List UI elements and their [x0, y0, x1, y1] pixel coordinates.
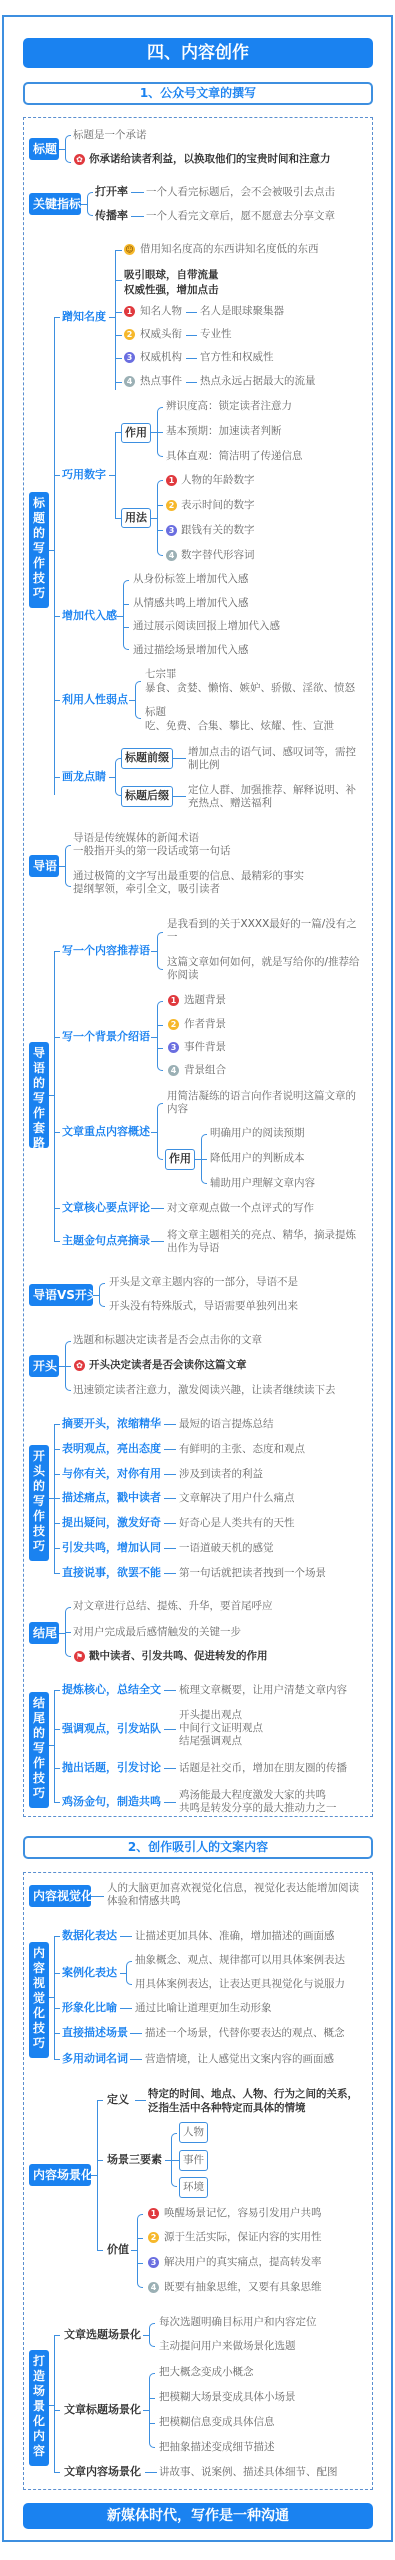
beijing-item-4: 背景组合 — [184, 1064, 226, 1077]
jiewei-skill-key-2: 强调观点，引发站队 — [62, 1722, 161, 1736]
tag-guanjian: 关键指标 — [29, 193, 81, 215]
tag-daoyu: 导语 — [29, 855, 59, 877]
scene-yaosu-1: 人物 — [179, 2122, 208, 2143]
kaitou-skill-desc-6: 一语道破天机的感觉 — [179, 1542, 274, 1555]
branch-gaishu: 文章重点内容概述 — [62, 1125, 150, 1139]
dairu-item-4: 通过描绘场景增加代入感 — [133, 644, 249, 657]
tag-vs: 导语VS开头 — [29, 1284, 93, 1306]
biaoti-item-1: 标题是一个承诺 — [73, 129, 147, 142]
branch-dianjing: 画龙点睛 — [62, 770, 106, 784]
jiewei-skill-desc-2: 开头提出观点 中间行文证明观点 结尾强调观点 — [179, 1709, 359, 1748]
build-xuanti-item-1: 每次选题明确目标用户和内容定位 — [159, 2316, 317, 2329]
visual-dongci-key: 多用动词名词 — [62, 2052, 128, 2066]
flag-icon: ⚑ — [74, 1651, 85, 1662]
number-3-icon: 3 — [124, 352, 135, 363]
beijing-item-1: 选题背景 — [184, 994, 226, 1007]
jiewei-skill-desc-3: 话题是社交币，增加在朋友圈的传播 — [179, 1762, 347, 1775]
visual-text: 人的大脑更加喜欢视觉化信息，视觉化表达能增加阅读体验和情感共鸣 — [107, 1882, 363, 1908]
pinglun-text: 对文章观点做一个点评式的写作 — [167, 1202, 314, 1215]
kaitou-skill-key-6: 引发共鸣，增加认同 — [62, 1541, 161, 1555]
visual-changjing-desc: 描述一个场景，代替你要表达的观点、概念 — [145, 2027, 345, 2040]
laugh-emoji-icon: ☺ — [124, 244, 135, 255]
yongfa-item-4: 数字替代形容词 — [181, 549, 255, 562]
visual-anli-key: 案例化表达 — [62, 1966, 117, 1980]
number-4-icon: 4 — [124, 376, 135, 387]
visual-anli-item-2: 用具体案例表达，让表达更具视觉化与说服力 — [135, 1978, 345, 1991]
guanjian-desc-2: 一个人看完文章后，愿不愿意去分享文章 — [146, 210, 335, 223]
tag-biaoti: 标题 — [29, 138, 59, 160]
star-icon: ✿ — [74, 1360, 85, 1371]
vs-item-1: 开头是文章主题内容的一部分，导语不是 — [109, 1276, 298, 1289]
node-gaishu-zuoyong: 作用 — [165, 1149, 195, 1170]
tag-visual: 内容视觉化 — [29, 1885, 91, 1907]
number-1-icon: 1 — [124, 306, 135, 317]
jiewei-item-3: 戳中读者、引发共鸣、促进转发的作用 — [89, 1650, 268, 1663]
scene-dingyi-text: 特定的时间、地点、人物、行为之间的关系，泛指生活中各种特定而具体的情境 — [148, 2087, 358, 2115]
zhiming-intro: 借用知名度高的东西讲知名度低的东西 — [140, 243, 319, 256]
visual-shuju-desc: 让描述更加具体、准确，增加描述的画面感 — [135, 1930, 335, 1943]
suffix-text: 定位人群、加强推荐、解释说明、补充热点、赠送福利 — [188, 784, 358, 810]
visual-biyu-key: 形象化比喻 — [62, 2001, 117, 2015]
zhiming-key-4: 热点事件 — [140, 375, 182, 388]
footer-banner: 新媒体时代，写作是一种沟通 — [23, 2503, 373, 2529]
vs-item-2: 开头没有特殊版式，导语需要单独列出来 — [109, 1300, 298, 1313]
dairu-item-2: 从情感共鸣上增加代入感 — [133, 597, 249, 610]
jiazhi-item-2: 源于生活实际，保证内容的实用性 — [164, 2231, 322, 2244]
kaitou-item-3: 迅速锁定读者注意力，激发阅读兴趣，让读者继续读下去 — [73, 1384, 336, 1397]
number-3-icon: 3 — [148, 2257, 159, 2268]
number-4-icon: 4 — [166, 550, 177, 561]
branch-dairu: 增加代入感 — [62, 609, 117, 623]
visual-dongci-desc: 营造情境，让人感觉出文案内容的画面感 — [145, 2053, 334, 2066]
number-3-icon: 3 — [166, 525, 177, 536]
tag-scene: 内容场景化 — [29, 2164, 91, 2186]
branch-tuijian: 写一个内容推荐语 — [62, 944, 150, 958]
build-neirong-label: 文章内容场景化 — [64, 2465, 141, 2479]
yongfa-item-3: 跟钱有关的数字 — [181, 524, 255, 537]
guanjian-desc-1: 一个人看完标题后，会不会被吸引去点击 — [146, 186, 335, 199]
zhiming-key-1: 知名人物 — [140, 305, 182, 318]
tag-build: 打造场景化内容 — [29, 2350, 49, 2466]
build-xuanti-item-2: 主动提问用户来做场景化选题 — [159, 2340, 296, 2353]
guanjian-key-1: 打开率 — [95, 185, 128, 199]
gaishu-zuoyong-item-3: 辅助用户理解文章内容 — [210, 1177, 315, 1190]
page-title: 四、内容创作 — [23, 38, 373, 68]
daoyu-p2: 通过极简的文字写出最重要的信息、最精彩的事实 提纲挈领，牵引全文，吸引读者 — [73, 870, 363, 896]
ruodian-g2-title: 标题 — [145, 706, 166, 719]
beijing-item-2: 作者背景 — [184, 1018, 226, 1031]
kaitou-skill-key-3: 与你有关，对你有用 — [62, 1467, 161, 1481]
visual-changjing-key: 直接描述场景 — [62, 2026, 128, 2040]
kaitou-skill-key-2: 表明观点，亮出态度 — [62, 1442, 161, 1456]
kaitou-item-1: 选题和标题决定读者是否会点击你的文章 — [73, 1334, 262, 1347]
number-1-icon: 1 — [168, 995, 179, 1006]
kaitou-skill-desc-3: 涉及到读者的利益 — [179, 1468, 263, 1481]
scene-yaosu-label: 场景三要素 — [107, 2153, 162, 2167]
number-4-icon: 4 — [148, 2282, 159, 2293]
kaitou-item-2: 开头决定读者是否会读你这篇文章 — [89, 1359, 247, 1372]
jiazhi-item-4: 既要有抽象思维，又要有具象思维 — [164, 2281, 322, 2294]
kaitou-skill-desc-5: 好奇心是人类共有的天性 — [179, 1517, 295, 1530]
jiewei-skill-desc-1: 梳理文章概要，让用户清楚文章内容 — [179, 1684, 347, 1697]
jinju-text: 将文章主题相关的亮点、精华，摘录提炼出作为导语 — [167, 1229, 362, 1255]
number-2-icon: 2 — [166, 500, 177, 511]
zhiming-desc-3: 官方性和权威性 — [200, 351, 274, 364]
daoyu-p1: 导语是传统媒体的新闻术语 一般指开头的第一段话或第一句话 — [73, 832, 363, 858]
number-4-icon: 4 — [168, 1065, 179, 1076]
build-neirong-text: 讲故事、说案例、描述具体细节、配图 — [159, 2466, 338, 2479]
section-2-header: 2、创作吸引人的文案内容 — [23, 1836, 373, 1859]
kaitou-skill-desc-1: 最短的语言提炼总结 — [179, 1418, 274, 1431]
biaoti-item-2: 你承诺给读者利益，以换取他们的宝贵时间和注意力 — [89, 153, 331, 166]
scene-jiazhi-label: 价值 — [107, 2243, 129, 2257]
build-biaoti-item-4: 把抽象描述变成细节描述 — [159, 2441, 275, 2454]
tuijian-item-2: 这篇文章如何如何，就是写给你的/推荐给你阅读 — [167, 956, 362, 982]
visual-biyu-desc: 通过比喻让道理更加生动形象 — [135, 2002, 272, 2015]
jiazhi-item-3: 解决用户的真实痛点，提高转发率 — [164, 2256, 322, 2269]
kaitou-skill-desc-7: 第一句话就把读者拽到一个场景 — [179, 1567, 326, 1580]
build-biaoti-label: 文章标题场景化 — [64, 2403, 141, 2417]
gaishu-text: 用简洁凝练的语言向作者说明这篇文章的内容 — [167, 1090, 362, 1116]
branch-zhiming: 蹭知名度 — [62, 310, 106, 324]
jiewei-skill-key-1: 提炼核心，总结全文 — [62, 1683, 161, 1697]
kaitou-skill-desc-4: 文章解决了用户什么痛点 — [179, 1492, 295, 1505]
zhiming-key-3: 权威机构 — [140, 351, 182, 364]
node-suffix: 标题后缀 — [121, 786, 173, 807]
kaitou-skill-key-4: 描述痛点，戳中读者 — [62, 1491, 161, 1505]
zhiming-key-2: 权威头衔 — [140, 328, 182, 341]
scene-dingyi-label: 定义 — [107, 2093, 129, 2107]
number-2-icon: 2 — [124, 329, 135, 340]
guanjian-key-2: 传播率 — [95, 209, 128, 223]
number-1-icon: 1 — [148, 2208, 159, 2219]
number-2-icon: 2 — [148, 2232, 159, 2243]
kaitou-skill-key-1: 摘要开头，浓缩精华 — [62, 1417, 161, 1431]
beijing-item-3: 事件背景 — [184, 1041, 226, 1054]
node-yongfa: 用法 — [121, 508, 151, 528]
node-zuoyong: 作用 — [121, 423, 151, 443]
jiewei-skill-key-4: 鸡汤金句，制造共鸣 — [62, 1795, 161, 1809]
build-biaoti-item-1: 把大概念变成小概念 — [159, 2366, 254, 2379]
ruodian-g1-title: 七宗罪 — [145, 668, 177, 681]
jiewei-item-2: 对用户完成最后感情触发的关键一步 — [73, 1626, 241, 1639]
zuoyong-item-3: 具体直观：简洁明了传递信息 — [166, 450, 303, 463]
tag-daoyu-routine: 导语的写作套路 — [29, 1042, 49, 1148]
yongfa-item-1: 人物的年龄数字 — [181, 474, 255, 487]
branch-beijing: 写一个背景介绍语 — [62, 1030, 150, 1044]
jiazhi-item-1: 唤醒场景记忆，容易引发用户共鸣 — [164, 2207, 322, 2220]
build-xuanti-label: 文章选题场景化 — [64, 2328, 141, 2342]
tag-jiewei: 结尾 — [29, 1622, 59, 1644]
ruodian-g2-text: 吃、免费、合集、攀比、炫耀、性、宣泄 — [145, 720, 334, 733]
build-biaoti-item-2: 把模糊大场景变成具体小场景 — [159, 2391, 296, 2404]
zhiming-bold2: 权威性强，增加点击 — [124, 283, 244, 297]
tag-visual-skills: 内容视觉化技巧 — [29, 1942, 49, 2058]
jiewei-item-1: 对文章进行总结、提炼、升华，要首尾呼应 — [73, 1600, 273, 1613]
tag-kaitou: 开头 — [29, 1355, 59, 1377]
branch-ruodian: 利用人性弱点 — [62, 693, 128, 707]
ruodian-g1-text: 暴食、贪婪、懒惰、嫉妒、骄傲、淫欲、愤怒 — [145, 682, 355, 695]
zhiming-bold1: 吸引眼球，自带流量 — [124, 268, 244, 282]
jiewei-skill-desc-4: 鸡汤能最大程度激发大家的共鸣 共鸣是转发分享的最大推动力之一 — [179, 1789, 359, 1815]
branch-shuzi: 巧用数字 — [62, 468, 106, 482]
number-1-icon: 1 — [166, 475, 177, 486]
kaitou-skill-desc-2: 有鲜明的主张、态度和观点 — [179, 1443, 305, 1456]
number-2-icon: 2 — [168, 1019, 179, 1030]
visual-anli-item-1: 抽象概念、观点、规律都可以用具体案例表达 — [135, 1954, 345, 1967]
section-1-header: 1、公众号文章的撰写 — [23, 82, 373, 105]
zhiming-desc-1: 名人是眼球聚集器 — [200, 305, 284, 318]
tuijian-item-1: 是我看到的关于XXXX最好的一篇/没有之一 — [167, 918, 362, 944]
jiewei-skill-key-3: 抛出话题，引发讨论 — [62, 1761, 161, 1775]
prefix-text: 增加点击的语气词、感叹词等，需控制比例 — [188, 746, 358, 772]
dairu-item-3: 通过展示阅读回报上增加代入感 — [133, 620, 280, 633]
scene-yaosu-2: 事件 — [179, 2150, 208, 2171]
tag-title-skills: 标题的写作技巧 — [29, 492, 49, 608]
zuoyong-item-2: 基本预期：加速读者判断 — [166, 425, 282, 438]
tag-kaitou-skills: 开头的写作技巧 — [29, 1445, 49, 1561]
zhiming-desc-2: 专业性 — [200, 328, 232, 341]
tag-jiewei-skills: 结尾的写作技巧 — [29, 1692, 49, 1808]
build-biaoti-item-3: 把模糊信息变成具体信息 — [159, 2416, 275, 2429]
gaishu-zuoyong-item-1: 明确用户的阅读预期 — [210, 1127, 305, 1140]
scene-yaosu-3: 环境 — [179, 2177, 208, 2198]
zhiming-desc-4: 热点永远占据最大的流量 — [200, 375, 316, 388]
yongfa-item-2: 表示时间的数字 — [181, 499, 255, 512]
star-icon: ✿ — [74, 154, 85, 165]
number-3-icon: 3 — [168, 1042, 179, 1053]
dairu-item-1: 从身份标签上增加代入感 — [133, 573, 249, 586]
kaitou-skill-key-5: 提出疑问，激发好奇 — [62, 1516, 161, 1530]
visual-shuju-key: 数据化表达 — [62, 1929, 117, 1943]
zuoyong-item-1: 辨识度高：锁定读者注意力 — [166, 400, 292, 413]
kaitou-skill-key-7: 直接说事，欲罢不能 — [62, 1566, 161, 1580]
branch-jinju: 主题金句点亮摘录 — [62, 1234, 150, 1248]
branch-pinglun: 文章核心要点评论 — [62, 1201, 150, 1215]
node-prefix: 标题前缀 — [121, 748, 173, 769]
gaishu-zuoyong-item-2: 降低用户的判断成本 — [210, 1152, 305, 1165]
